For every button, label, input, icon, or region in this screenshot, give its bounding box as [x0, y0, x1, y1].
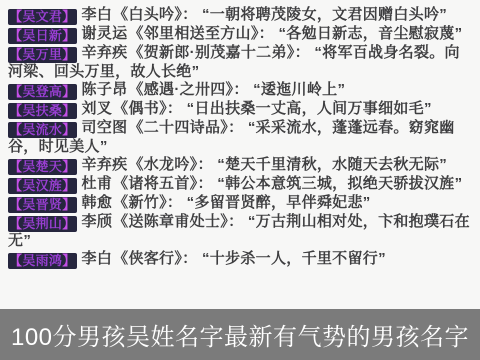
- quote-close-mark: ”: [455, 175, 463, 192]
- badge-open-bracket: 【: [9, 9, 22, 24]
- title-open-mark: 《: [113, 6, 128, 23]
- title-open-mark: 《: [113, 100, 128, 117]
- quote-close-mark: ”: [424, 100, 432, 117]
- quote-open-mark: “: [217, 175, 225, 192]
- badge-open-bracket: 【: [9, 47, 22, 62]
- badge-close-bracket: 】: [62, 159, 75, 174]
- poet-name: 陈子昂: [82, 81, 128, 98]
- poem-quote: 逶迤川岭上: [261, 81, 338, 98]
- badge-close-bracket: 】: [62, 178, 75, 193]
- title-open-mark: 《: [128, 25, 143, 42]
- quote-close-mark: ”: [378, 250, 386, 267]
- name-entry-row: 【吴流水】司空图《二十四诗品》： “采采流水，蓬蓬远春。窈窕幽谷，时见美人”: [8, 119, 474, 156]
- title-open-mark: 《: [113, 250, 128, 267]
- quote-close-mark: ”: [23, 232, 31, 249]
- poem-quote: 韩公本意筑三城，拟绝天骄拔汉旌: [225, 175, 455, 192]
- badge-name-text: 吴流水: [22, 122, 62, 137]
- poem-title: 侠客行: [128, 250, 174, 267]
- poem-title: 白头吟: [128, 6, 174, 23]
- name-entry-row: 【吴晋贤】韩愈《新竹》： “多留晋贤醉，早伴舜妃悲”: [8, 194, 474, 213]
- poem-title: 新竹: [128, 194, 159, 211]
- name-badge: 【吴晋贤】: [8, 197, 77, 213]
- poem-title: 邻里相送至方山: [144, 25, 251, 42]
- poem-title: 感遇·之卅四: [144, 81, 226, 98]
- name-badge: 【吴日新】: [8, 28, 77, 44]
- quote-close-mark: ”: [439, 156, 447, 173]
- colon-mark: ：: [295, 44, 315, 61]
- name-entry-row: 【吴万里】辛弃疾《贺新郎·别茂嘉十二弟》： “将军百战身名裂。向河梁、回头万里，…: [8, 44, 474, 81]
- colon-mark: ：: [197, 156, 217, 173]
- badge-close-bracket: 】: [62, 47, 75, 62]
- badge-open-bracket: 【: [9, 159, 22, 174]
- name-entry-row: 【吴扶桑】刘叉《偶书》： “日出扶桑一丈高，人间万事细如毛”: [8, 100, 474, 119]
- colon-mark: ：: [228, 213, 248, 230]
- badge-name-text: 吴雨鸿: [22, 253, 62, 268]
- poet-name: 李白: [82, 250, 113, 267]
- badge-name-text: 吴扶桑: [22, 103, 62, 118]
- badge-open-bracket: 【: [9, 122, 22, 137]
- badge-open-bracket: 【: [9, 84, 22, 99]
- poet-name: 辛弃疾: [82, 44, 128, 61]
- title-open-mark: 《: [113, 213, 128, 230]
- colon-mark: ：: [167, 194, 187, 211]
- badge-close-bracket: 】: [62, 253, 75, 268]
- badge-name-text: 吴荆山: [22, 216, 62, 231]
- title-close-mark: 》: [287, 44, 295, 61]
- colon-mark: ：: [167, 100, 187, 117]
- quote-close-mark: ”: [455, 25, 463, 42]
- quote-close-mark: ”: [337, 81, 345, 98]
- title-close-mark: 》: [174, 6, 182, 23]
- badge-name-text: 吴楚天: [22, 159, 62, 174]
- poet-name: 杜甫: [82, 175, 113, 192]
- poem-title: 偶书: [128, 100, 159, 117]
- name-badge: 【吴登高】: [8, 84, 77, 100]
- quote-close-mark: ”: [439, 6, 447, 23]
- badge-open-bracket: 【: [9, 28, 22, 43]
- badge-close-bracket: 】: [62, 9, 75, 24]
- name-entry-row: 【吴雨鸿】李白《侠客行》： “十步杀一人，千里不留行”: [8, 250, 474, 269]
- name-badge: 【吴万里】: [8, 47, 77, 63]
- badge-name-text: 吴汉旌: [22, 178, 62, 193]
- poem-quote: 日出扶桑一丈高，人间万事细如毛: [194, 100, 424, 117]
- caption-overlay[interactable]: 100分男孩吴姓名字最新有气势的男孩名字: [0, 309, 480, 360]
- title-open-mark: 《: [128, 119, 143, 136]
- badge-open-bracket: 【: [9, 197, 22, 212]
- title-close-mark: 》: [174, 250, 182, 267]
- title-open-mark: 《: [128, 81, 143, 98]
- poet-name: 谢灵运: [82, 25, 128, 42]
- quote-open-mark: “: [202, 6, 210, 23]
- name-entry-row: 【吴汉旌】杜甫《诸将五首》： “韩公本意筑三城，拟绝天骄拔汉旌”: [8, 175, 474, 194]
- quote-open-mark: “: [253, 81, 261, 98]
- quote-close-mark: ”: [192, 63, 200, 80]
- quote-open-mark: “: [202, 250, 210, 267]
- poet-name: 李白: [82, 6, 113, 23]
- badge-open-bracket: 【: [9, 103, 22, 118]
- colon-mark: ：: [197, 175, 217, 192]
- badge-name-text: 吴日新: [22, 28, 62, 43]
- title-close-mark: 》: [220, 213, 228, 230]
- title-close-mark: 》: [159, 100, 167, 117]
- quote-open-mark: “: [248, 213, 256, 230]
- name-list: 【吴文君】李白《白头吟》： “一朝将聘茂陵女，文君因赠白头吟” 【吴日新】谢灵运…: [8, 6, 474, 269]
- poem-title: 送陈章甫处士: [128, 213, 220, 230]
- poem-title: 二十四诗品: [144, 119, 221, 136]
- name-badge: 【吴汉旌】: [8, 178, 77, 194]
- colon-mark: ：: [233, 81, 253, 98]
- colon-mark: ：: [259, 25, 279, 42]
- poem-quote: 多留晋贤醉，早伴舜妃悲: [194, 194, 362, 211]
- title-open-mark: 《: [128, 44, 143, 61]
- poet-name: 刘叉: [82, 100, 113, 117]
- badge-name-text: 吴晋贤: [22, 197, 62, 212]
- badge-name-text: 吴登高: [22, 84, 62, 99]
- badge-close-bracket: 】: [62, 122, 75, 137]
- title-close-mark: 》: [159, 194, 167, 211]
- poem-quote: 各勉日新志，音尘慰寂蔑: [286, 25, 454, 42]
- name-badge: 【吴楚天】: [8, 159, 77, 175]
- poet-name: 李颀: [82, 213, 113, 230]
- poem-quote: 一朝将聘茂陵女，文君因赠白头吟: [210, 6, 440, 23]
- badge-name-text: 吴文君: [22, 9, 62, 24]
- name-badge: 【吴荆山】: [8, 216, 77, 232]
- caption-title: 100分男孩吴姓名字最新有气势的男孩名字: [11, 317, 469, 352]
- quote-close-mark: ”: [363, 194, 371, 211]
- badge-close-bracket: 】: [62, 103, 75, 118]
- poet-name: 韩愈: [82, 194, 113, 211]
- colon-mark: ：: [182, 250, 202, 267]
- badge-open-bracket: 【: [9, 178, 22, 193]
- name-badge: 【吴扶桑】: [8, 103, 77, 119]
- poem-title: 诸将五首: [128, 175, 189, 192]
- badge-name-text: 吴万里: [22, 47, 62, 62]
- quote-open-mark: “: [248, 119, 256, 136]
- name-badge: 【吴流水】: [8, 122, 77, 138]
- title-close-mark: 》: [251, 25, 259, 42]
- badge-close-bracket: 】: [62, 216, 75, 231]
- quote-open-mark: “: [217, 156, 225, 173]
- name-badge: 【吴文君】: [8, 9, 77, 25]
- poet-name: 司空图: [82, 119, 128, 136]
- colon-mark: ：: [182, 6, 202, 23]
- badge-open-bracket: 【: [9, 253, 22, 268]
- title-open-mark: 《: [113, 194, 128, 211]
- poet-name: 辛弃疾: [82, 156, 128, 173]
- badge-close-bracket: 】: [62, 84, 75, 99]
- title-open-mark: 《: [128, 156, 143, 173]
- badge-close-bracket: 】: [62, 28, 75, 43]
- name-entry-row: 【吴登高】陈子昂《感遇·之卅四》： “逶迤川岭上”: [8, 81, 474, 100]
- poem-title: 贺新郎·别茂嘉十二弟: [144, 44, 287, 61]
- name-badge: 【吴雨鸿】: [8, 253, 77, 269]
- colon-mark: ：: [228, 119, 248, 136]
- quote-close-mark: ”: [100, 138, 108, 155]
- title-open-mark: 《: [113, 175, 128, 192]
- poem-title: 水龙吟: [144, 156, 190, 173]
- name-entry-row: 【吴文君】李白《白头吟》： “一朝将聘茂陵女，文君因赠白头吟”: [8, 6, 474, 25]
- name-entry-row: 【吴日新】谢灵运《邻里相送至方山》： “各勉日新志，音尘慰寂蔑”: [8, 25, 474, 44]
- poem-quote: 楚天千里清秋，水随天去秋无际: [225, 156, 439, 173]
- quote-open-mark: “: [314, 44, 322, 61]
- poem-quote: 十步杀一人，千里不留行: [210, 250, 378, 267]
- badge-close-bracket: 】: [62, 197, 75, 212]
- name-entry-row: 【吴楚天】辛弃疾《水龙吟》： “楚天千里清秋，水随天去秋无际”: [8, 156, 474, 175]
- title-close-mark: 》: [220, 119, 228, 136]
- badge-open-bracket: 【: [9, 216, 22, 231]
- name-entry-row: 【吴荆山】李颀《送陈章甫处士》： “万古荆山相对处，卞和抱璞石在无”: [8, 213, 474, 250]
